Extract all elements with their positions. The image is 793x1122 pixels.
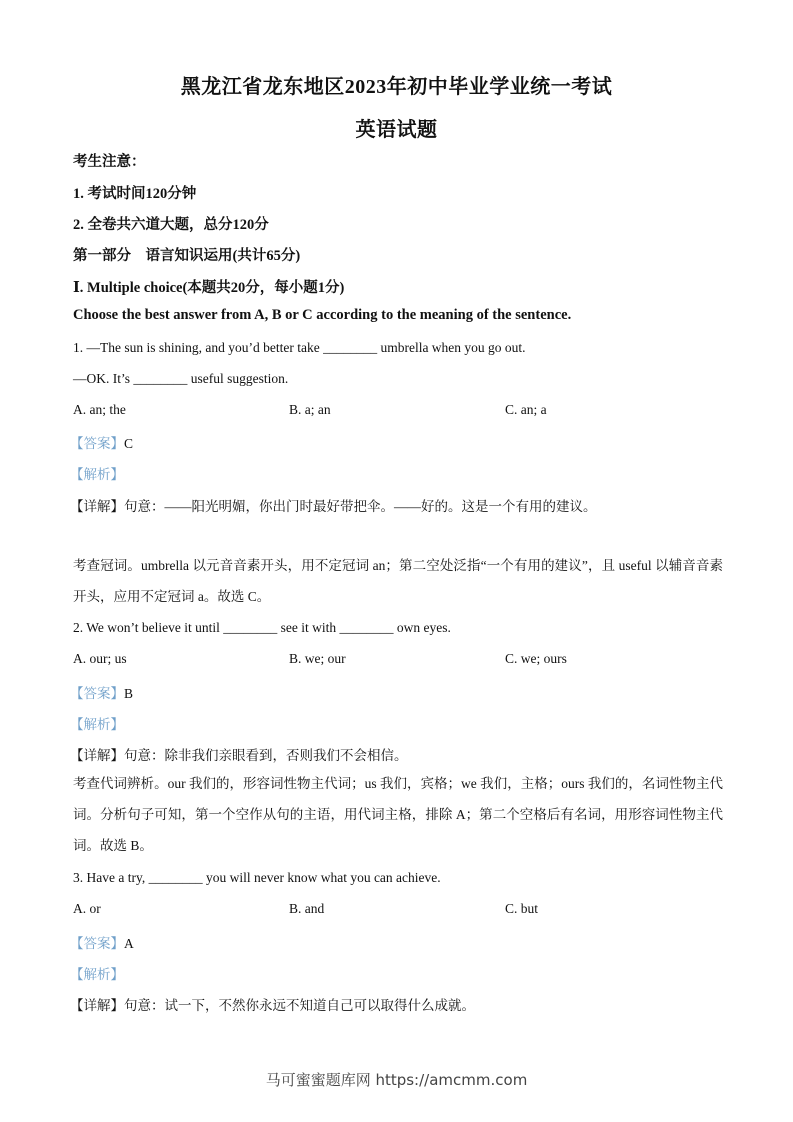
exam-page: 黑龙江省龙东地区2023年初中毕业学业统一考试 英语试题 考生注意： 1. 考试… — [0, 0, 793, 1122]
answer-label: 【答案】 — [70, 686, 124, 701]
question-1-option-a: A. an; the — [73, 402, 126, 418]
question-3-analysis-label: 【解析】 — [70, 963, 124, 983]
question-1-detail: 【详解】句意：——阳光明媚，你出门时最好带把伞。——好的。这是一个有用的建议。 — [70, 495, 597, 515]
answer-label: 【答案】 — [70, 436, 124, 451]
notice-heading: 考生注意： — [73, 150, 146, 171]
question-3-option-c: C. but — [505, 901, 538, 917]
question-1-stem-line-1: 1. —The sun is shining, and you’d better… — [73, 340, 526, 356]
question-2-analysis-label: 【解析】 — [70, 713, 124, 733]
question-2-answer: 【答案】B — [70, 682, 133, 702]
question-3-stem: 3. Have a try, ________ you will never k… — [73, 870, 441, 886]
answer-value: A — [124, 936, 134, 951]
section-heading: Ⅰ. Multiple choice(本题共20分，每小题1分) — [73, 276, 344, 297]
question-3-option-a: A. or — [73, 901, 101, 917]
detail-text: 句意：除非我们亲眼看到，否则我们不会相信。 — [124, 748, 408, 763]
question-1-stem-line-2: —OK. It’s ________ useful suggestion. — [73, 371, 288, 387]
detail-text: 句意：——阳光明媚，你出门时最好带把伞。——好的。这是一个有用的建议。 — [124, 499, 597, 514]
answer-value: B — [124, 686, 133, 701]
answer-value: C — [124, 436, 133, 451]
part-label: 第一部分 语言知识运用(共计65分) — [73, 244, 300, 265]
question-2-explanation: 考查代词辨析。our 我们的，形容词性物主代词；us 我们，宾格；we 我们，主… — [73, 768, 723, 861]
notice-item-2: 2. 全卷共六道大题，总分120分 — [73, 213, 269, 234]
question-2-option-c: C. we; ours — [505, 651, 567, 667]
question-3-option-b: B. and — [289, 901, 324, 917]
detail-label: 【详解】 — [70, 499, 124, 514]
section-instruction: Choose the best answer from A, B or C ac… — [73, 307, 571, 324]
question-3-detail: 【详解】句意：试一下，不然你永远不知道自己可以取得什么成就。 — [70, 994, 475, 1014]
question-1-option-c: C. an; a — [505, 402, 547, 418]
detail-label: 【详解】 — [70, 998, 124, 1013]
detail-text: 句意：试一下，不然你永远不知道自己可以取得什么成就。 — [124, 998, 475, 1013]
question-2-option-b: B. we; our — [289, 651, 346, 667]
question-3-answer: 【答案】A — [70, 932, 134, 952]
question-2-detail: 【详解】句意：除非我们亲眼看到，否则我们不会相信。 — [70, 744, 408, 764]
question-1-analysis-label: 【解析】 — [70, 463, 124, 483]
notice-item-1: 1. 考试时间120分钟 — [73, 182, 196, 203]
question-1-answer: 【答案】C — [70, 432, 133, 452]
footer-watermark: 马可蜜蜜题库网 https://amcmm.com — [0, 1069, 793, 1090]
detail-label: 【详解】 — [70, 748, 124, 763]
answer-label: 【答案】 — [70, 936, 124, 951]
question-2-option-a: A. our; us — [73, 651, 127, 667]
question-2-stem: 2. We won’t believe it until ________ se… — [73, 620, 451, 636]
exam-subtitle: 英语试题 — [0, 113, 793, 142]
question-1-explanation: 考查冠词。umbrella 以元音音素开头，用不定冠词 an；第二空处泛指“一个… — [73, 550, 723, 612]
question-1-option-b: B. a; an — [289, 402, 331, 418]
exam-title: 黑龙江省龙东地区2023年初中毕业学业统一考试 — [0, 70, 793, 99]
